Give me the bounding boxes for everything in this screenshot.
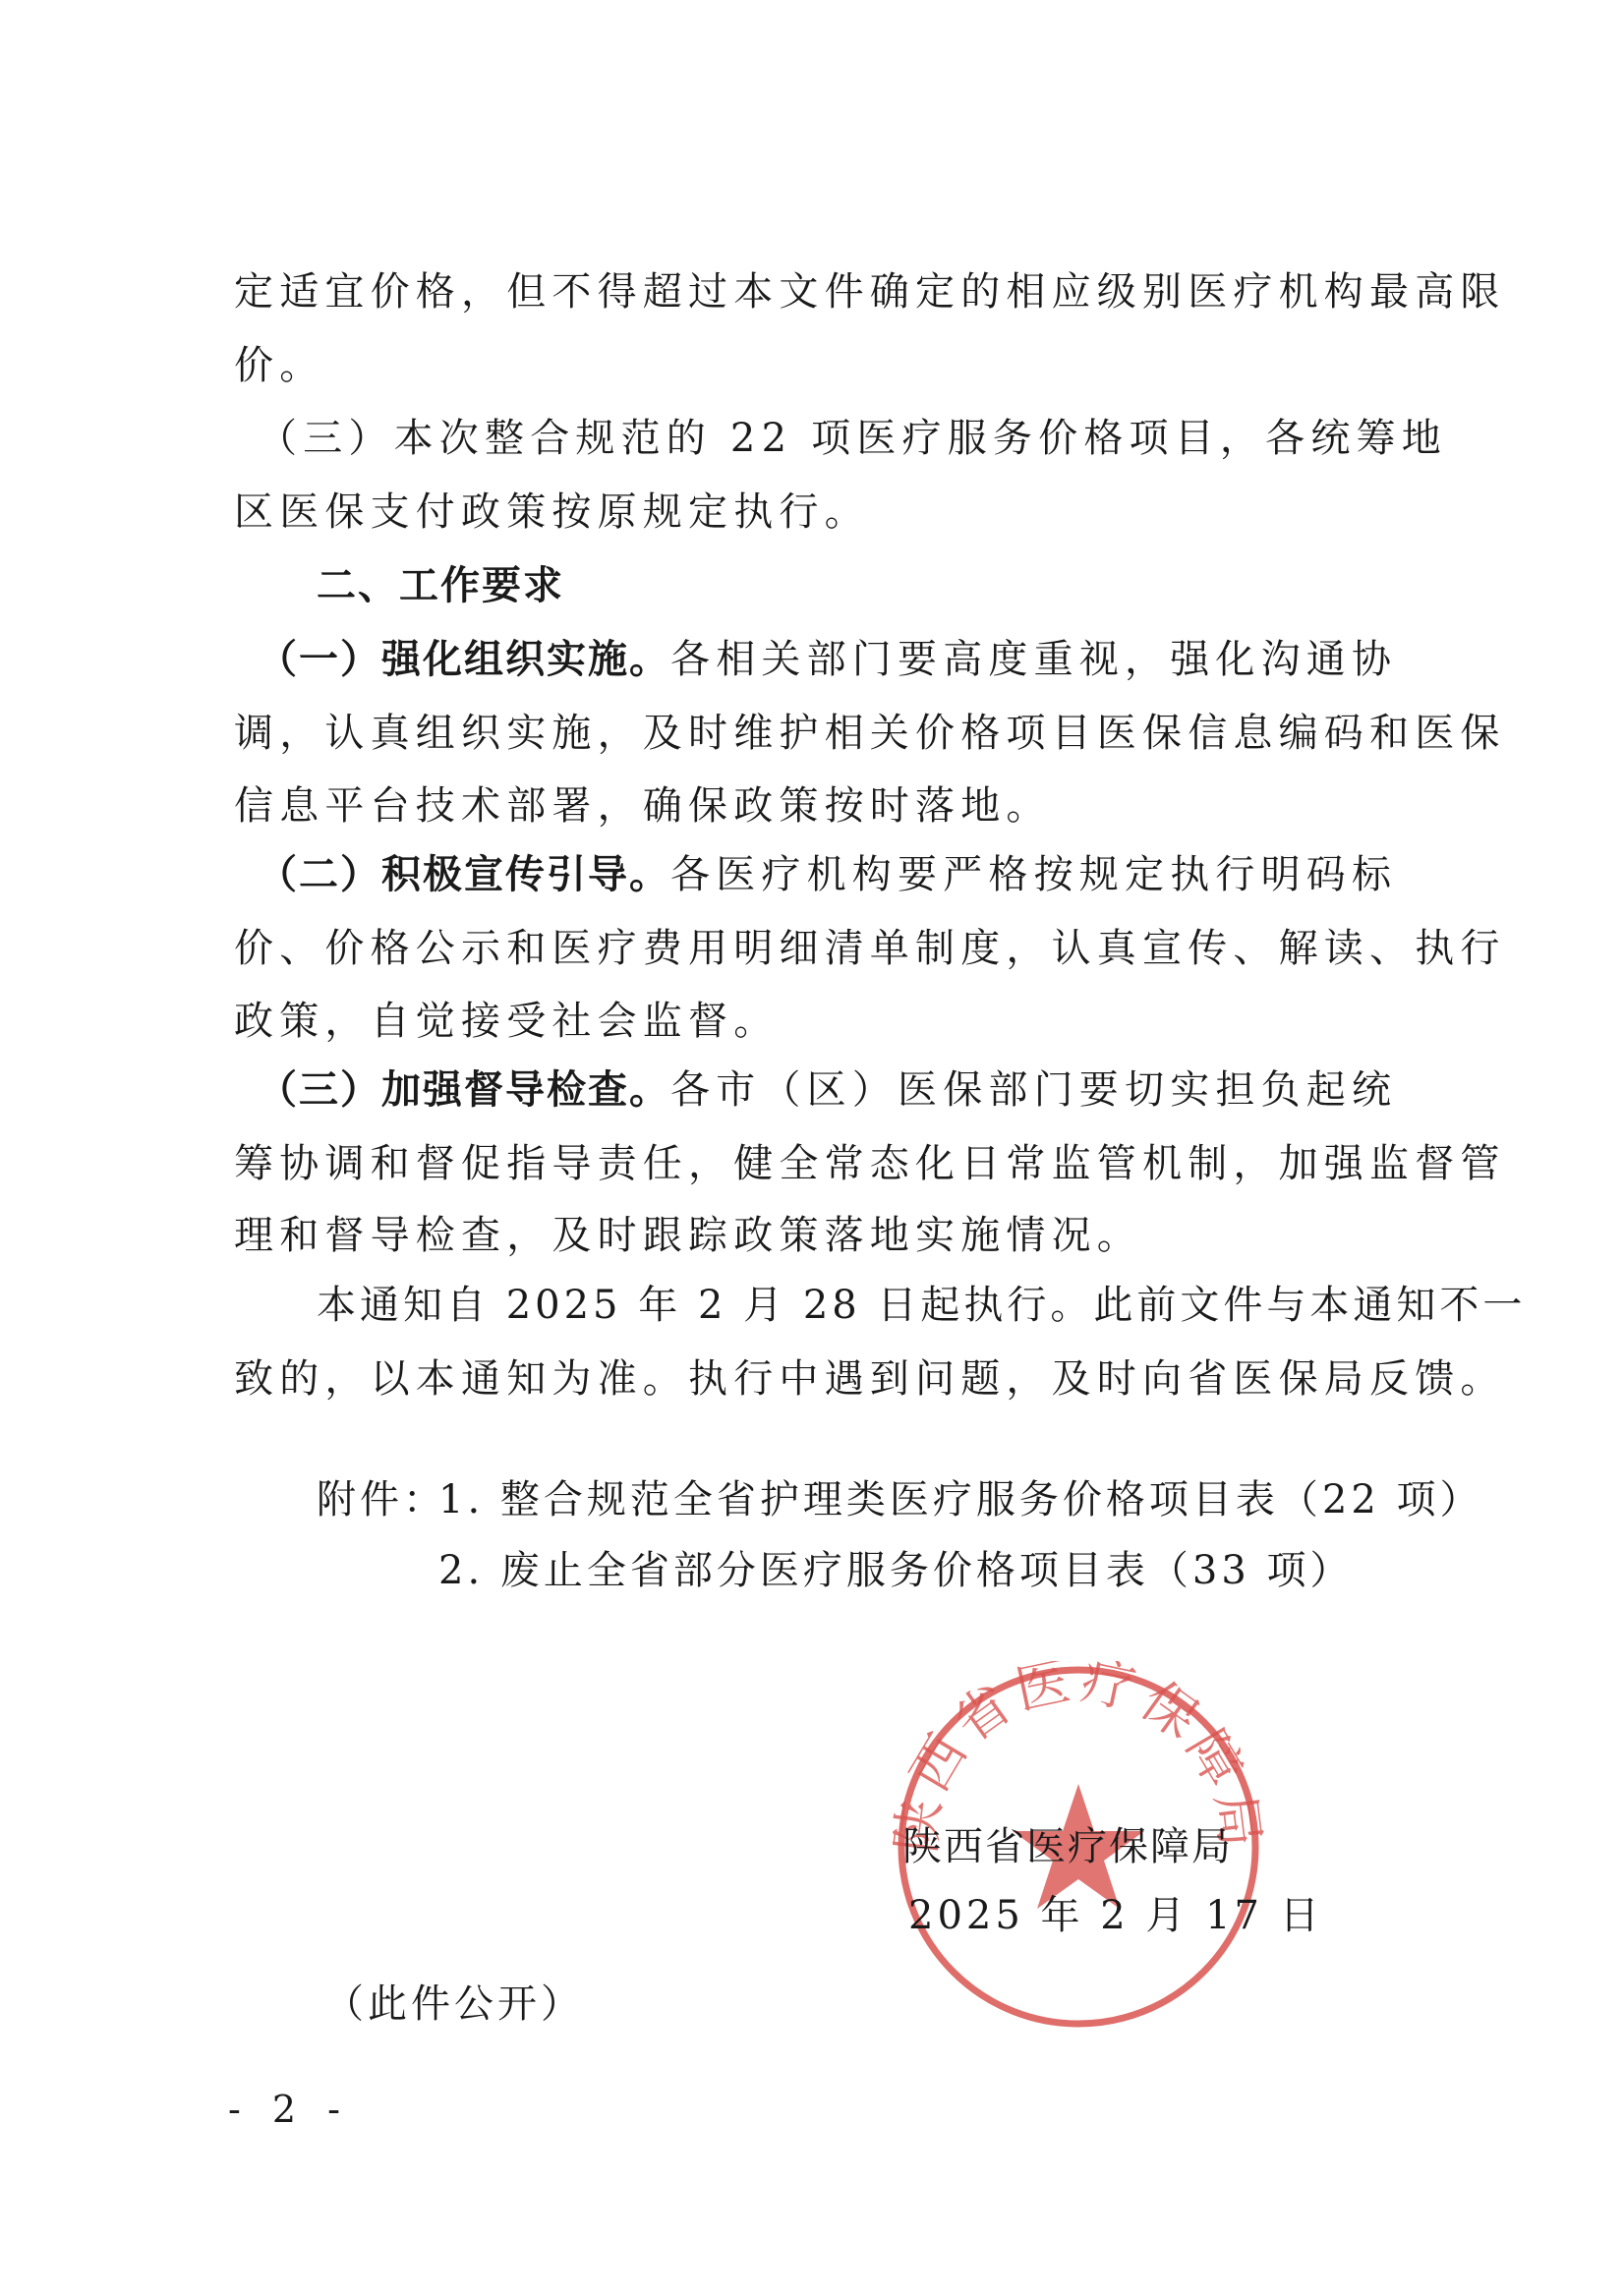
issuer-name: 陕西省医疗保障局 (902, 1823, 1237, 1870)
body-line: 政策，自觉接受社会监督。 (234, 998, 1414, 1045)
body-line: 价、价格公示和医疗费用明细清单制度，认真宣传、解读、执行 (234, 925, 1414, 972)
requirement-title: （一）强化组织实施。 (258, 637, 670, 682)
requirement-text: 各医疗机构要严格按规定执行明码标 (670, 852, 1397, 897)
requirement-1-line: （一）强化组织实施。各相关部门要高度重视，强化沟通协 (258, 636, 1437, 683)
disclosure-note: （此件公开） (324, 1980, 584, 2028)
requirement-text: 各相关部门要高度重视，强化沟通协 (670, 637, 1397, 682)
body-line: 理和督导检查，及时跟踪政策落地实施情况。 (234, 1212, 1414, 1259)
body-line: 定适宜价格，但不得超过本文件确定的相应级别医疗机构最高限 (234, 268, 1414, 316)
requirement-title: （二）积极宣传引导。 (258, 852, 670, 897)
requirement-3-line: （三）加强督导检查。各市（区）医保部门要切实担负起统 (258, 1066, 1437, 1114)
body-line: 筹协调和督促指导责任，健全常态化日常监管机制，加强监督管 (234, 1140, 1414, 1187)
body-line: （三）本次整合规范的 22 项医疗服务价格项目，各统筹地 (258, 415, 1437, 462)
requirement-text: 各市（区）医保部门要切实担负起统 (670, 1067, 1397, 1113)
body-line: 信息平台技术部署，确保政策按时落地。 (234, 782, 1414, 830)
body-line: 致的，以本通知为准。执行中遇到问题，及时向省医保局反馈。 (234, 1355, 1414, 1403)
issue-date: 2025 年 2 月 17 日 (908, 1892, 1243, 1939)
body-line: 区医保支付政策按原规定执行。 (234, 488, 1414, 536)
requirement-2-line: （二）积极宣传引导。各医疗机构要严格按规定执行明码标 (258, 851, 1437, 898)
body-line: 价。 (234, 342, 1414, 389)
requirement-title: （三）加强督导检查。 (258, 1067, 670, 1113)
attachments-label: 附件： (317, 1476, 446, 1523)
body-line: 调，认真组织实施，及时维护相关价格项目医保信息编码和医保 (234, 710, 1414, 757)
section-heading: 二、工作要求 (317, 562, 1496, 609)
document-page: 定适宜价格，但不得超过本文件确定的相应级别医疗机构最高限 价。 （三）本次整合规… (0, 0, 1624, 2296)
body-line: 本通知自 2025 年 2 月 28 日起执行。此前文件与本通知不一 (317, 1282, 1496, 1329)
attachment-item: 2. 废止全省部分医疗服务价格项目表（33 项） (438, 1547, 1354, 1594)
page-number: - 2 - (228, 2088, 350, 2131)
attachment-item: 1. 整合规范全省护理类医疗服务价格项目表（22 项） (438, 1476, 1483, 1523)
